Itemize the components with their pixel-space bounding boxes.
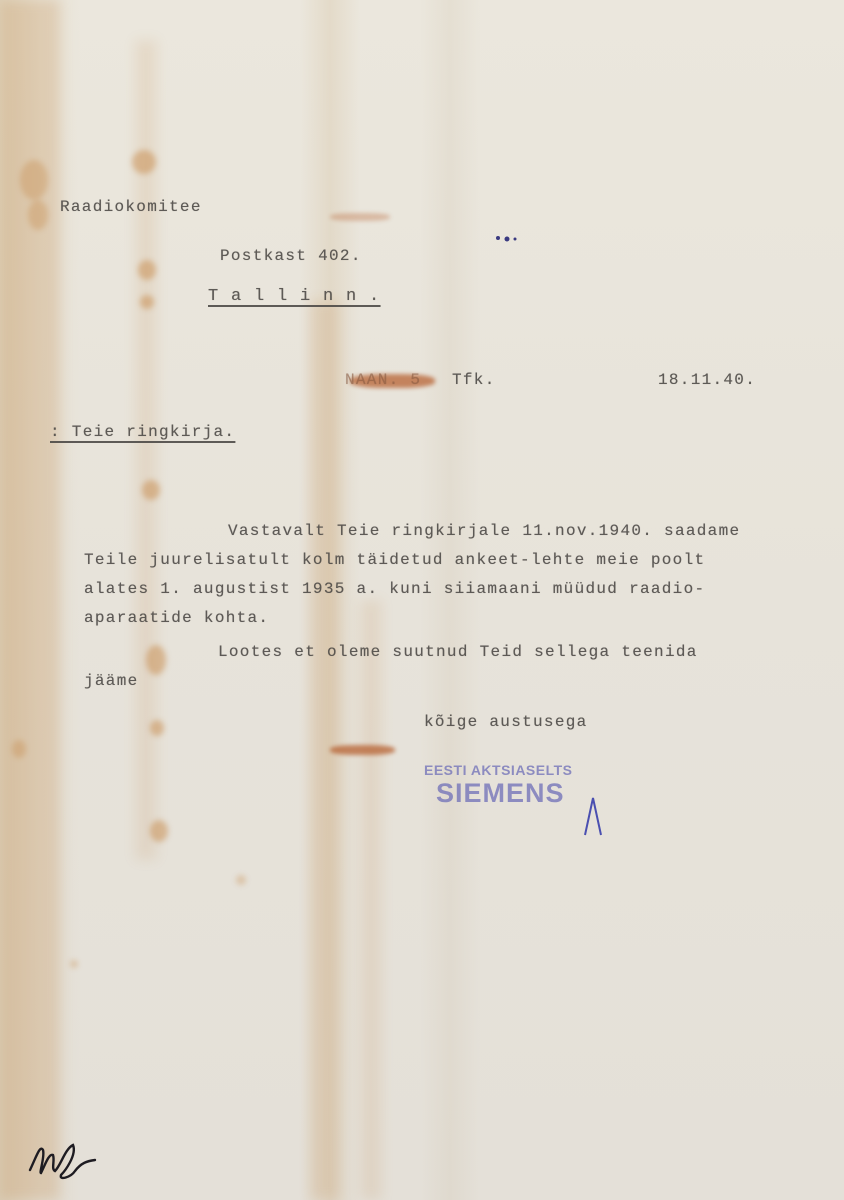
rust-spot (12, 740, 26, 758)
rust-spot (150, 720, 164, 736)
rust-spot (236, 875, 246, 885)
paper-background (0, 0, 844, 1200)
recipient-city: T a l l i n n . (208, 287, 381, 306)
closing-line: Lootes et oleme suutnud Teid sellega tee… (218, 643, 698, 661)
body-line: aparaatide kohta. (84, 609, 269, 627)
rust-spot (142, 480, 160, 500)
body-line: Vastavalt Teie ringkirjale 11.nov.1940. … (228, 522, 740, 540)
subject-line: : Teie ringkirja. (50, 423, 235, 441)
rust-spot (150, 820, 168, 842)
rust-spot (28, 200, 48, 230)
reference-smudged: NAAN. 5 (345, 371, 421, 389)
recipient-name: Raadiokomitee (60, 198, 202, 216)
valediction: kõige austusega (424, 713, 588, 731)
stamp-company-name: SIEMENS (436, 778, 565, 809)
recipient-address: Postkast 402. (220, 247, 362, 265)
rust-smear (330, 213, 390, 221)
body-line: alates 1. augustist 1935 a. kuni siiamaa… (84, 580, 705, 598)
stamp-company-type: EESTI AKTSIASELTS (424, 762, 573, 778)
signature-mark-icon (575, 780, 605, 840)
rust-spot (138, 260, 156, 280)
rust-spot (132, 150, 156, 174)
rust-spot (146, 645, 166, 675)
handwritten-initials-icon: MJ (25, 1135, 105, 1195)
rust-smear (330, 745, 395, 755)
rust-spot (70, 960, 78, 968)
closing-word: jääme (84, 672, 139, 690)
rust-spot (140, 295, 154, 309)
body-line: Teile juurelisatult kolm täidetud ankeet… (84, 551, 705, 569)
letter-date: 18.11.40. (658, 371, 756, 389)
fold-stain-streak (360, 600, 382, 1200)
reference-code: Tfk. (452, 371, 496, 389)
ink-dots-icon (490, 230, 530, 250)
rust-spot (20, 160, 48, 200)
